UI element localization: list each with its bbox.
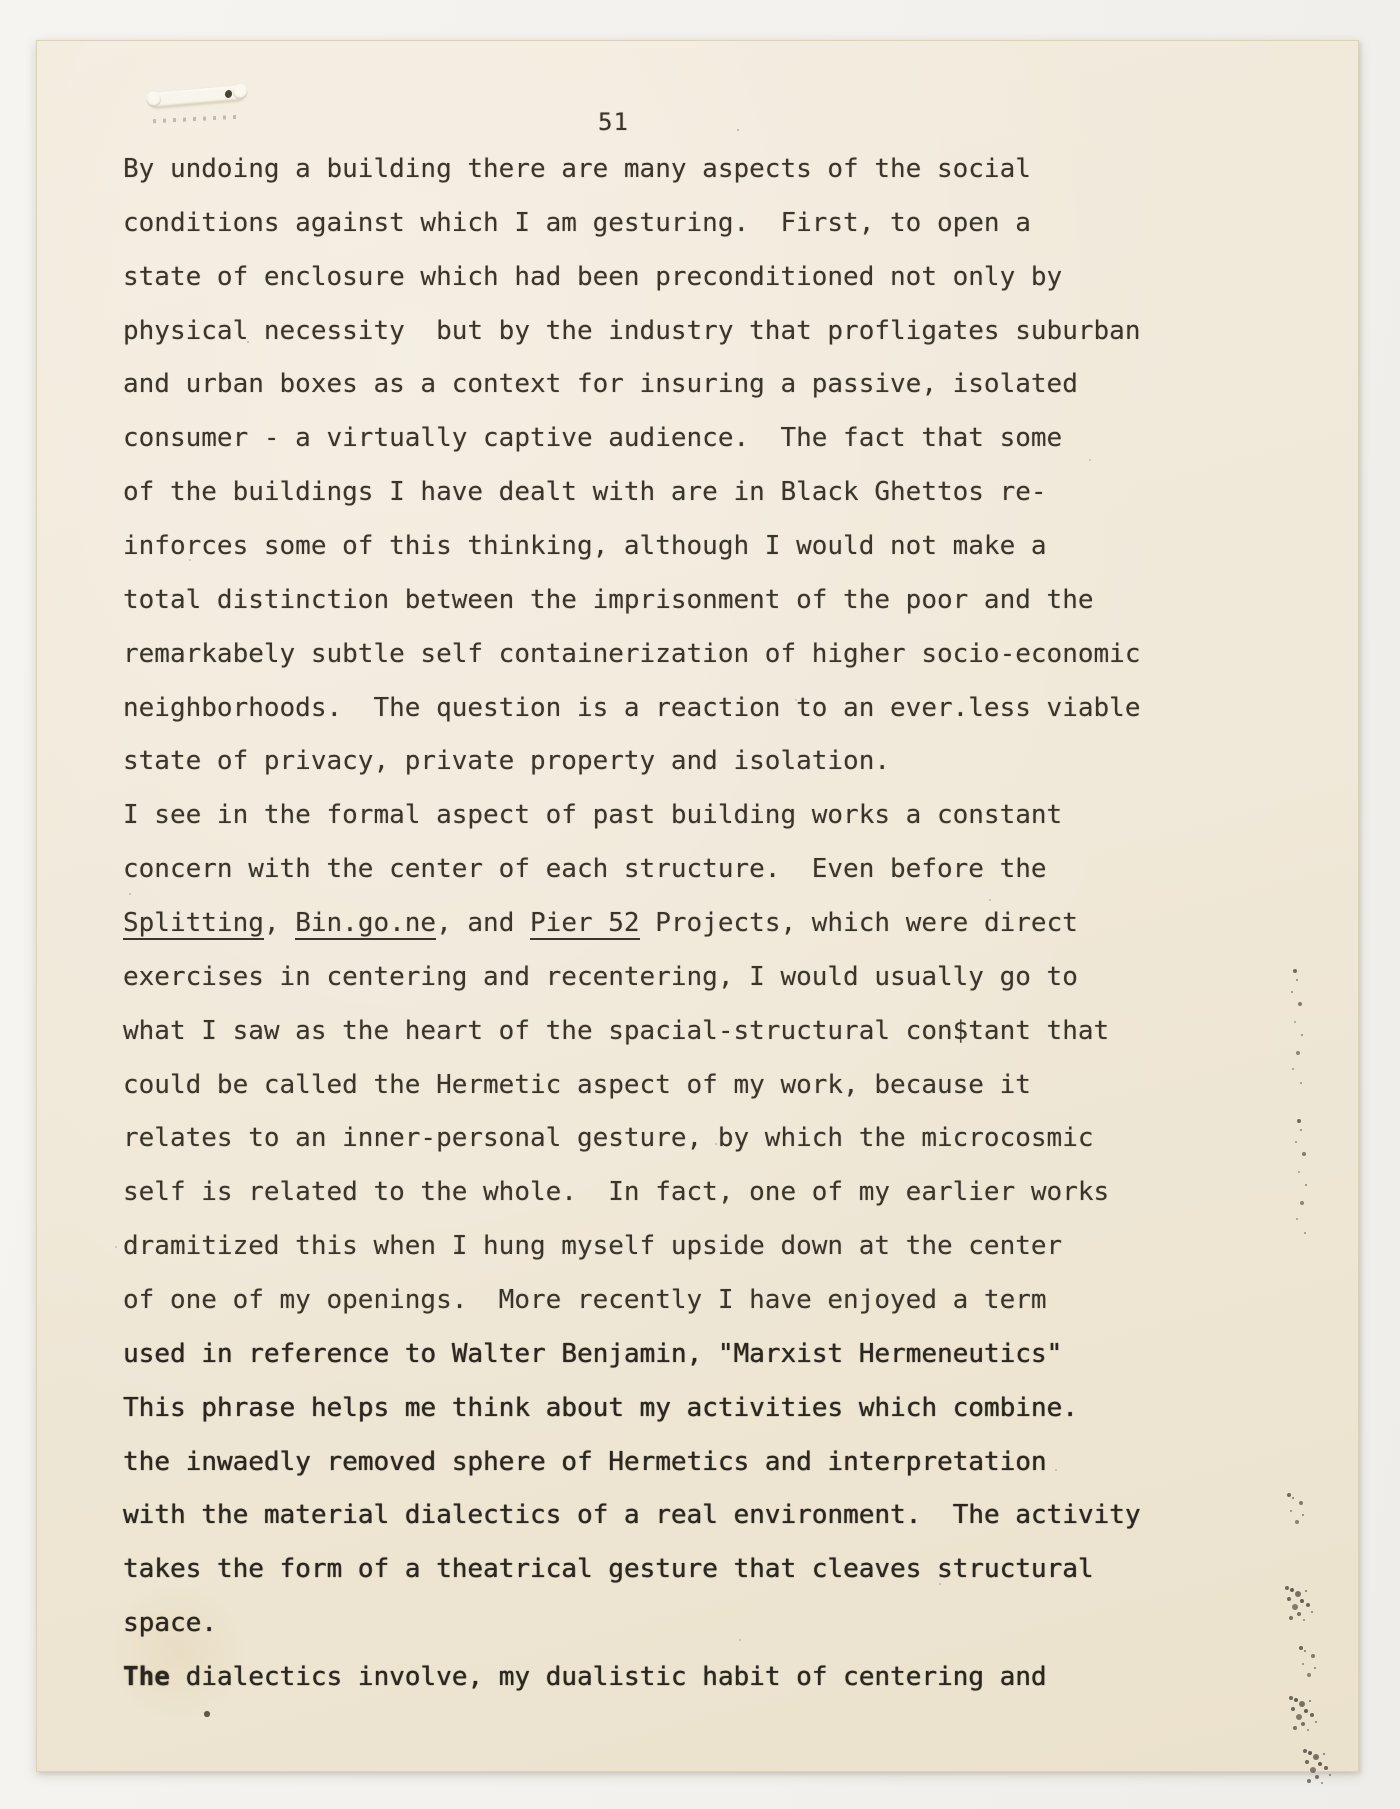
text-line: could be called the Hermetic aspect of m… [123, 1059, 1323, 1113]
text-line: neighborhoods. The question is a reactio… [123, 682, 1323, 736]
text-line: the inwaedly removed sphere of Hermetics… [123, 1436, 1323, 1490]
dust-specks [37, 41, 39, 43]
text-line: self is related to the whole. In fact, o… [123, 1166, 1323, 1220]
typewritten-text: By undoing a building there are many asp… [123, 143, 1323, 1705]
text-line: conditions against which I am gesturing.… [123, 197, 1323, 251]
page-number: 51 [598, 108, 629, 136]
text-line: The dialectics involve, my dualistic hab… [123, 1651, 1323, 1705]
text-line: state of privacy, private property and i… [123, 735, 1323, 789]
smudge-mark [153, 115, 239, 123]
text-line: inforces some of this thinking, although… [123, 520, 1323, 574]
text-line: total distinction between the imprisonme… [123, 574, 1323, 628]
text-line: exercises in centering and recentering, … [123, 951, 1323, 1005]
text-line: with the material dialectics of a real e… [123, 1489, 1323, 1543]
text-line: Splitting, Bin.go.ne, and Pier 52 Projec… [123, 897, 1323, 951]
text-line: used in reference to Walter Benjamin, "M… [123, 1328, 1323, 1382]
scan-background: 51 By undoing a building there are many … [0, 0, 1400, 1809]
text-line: dramitized this when I hung myself upsid… [123, 1220, 1323, 1274]
text-line: state of enclosure which had been precon… [123, 251, 1323, 305]
text-line: of one of my openings. More recently I h… [123, 1274, 1323, 1328]
toner-specks [1303, 1749, 1307, 1753]
text-line: space. [123, 1597, 1323, 1651]
text-line: remarkabely subtle self containerization… [123, 628, 1323, 682]
text-line: relates to an inner-personal gesture, by… [123, 1112, 1323, 1166]
text-line: of the buildings I have dealt with are i… [123, 466, 1323, 520]
text-line: By undoing a building there are many asp… [123, 143, 1323, 197]
text-line: and urban boxes as a context for insurin… [123, 358, 1323, 412]
document-page: 51 By undoing a building there are many … [36, 40, 1359, 1772]
text-line: This phrase helps me think about my acti… [123, 1382, 1323, 1436]
text-line: what I saw as the heart of the spacial-s… [123, 1005, 1323, 1059]
text-line: I see in the formal aspect of past build… [123, 789, 1323, 843]
text-line: physical necessity but by the industry t… [123, 305, 1323, 359]
text-line: takes the form of a theatrical gesture t… [123, 1543, 1323, 1597]
text-line: concern with the center of each structur… [123, 843, 1323, 897]
text-line: consumer - a virtually captive audience.… [123, 412, 1323, 466]
